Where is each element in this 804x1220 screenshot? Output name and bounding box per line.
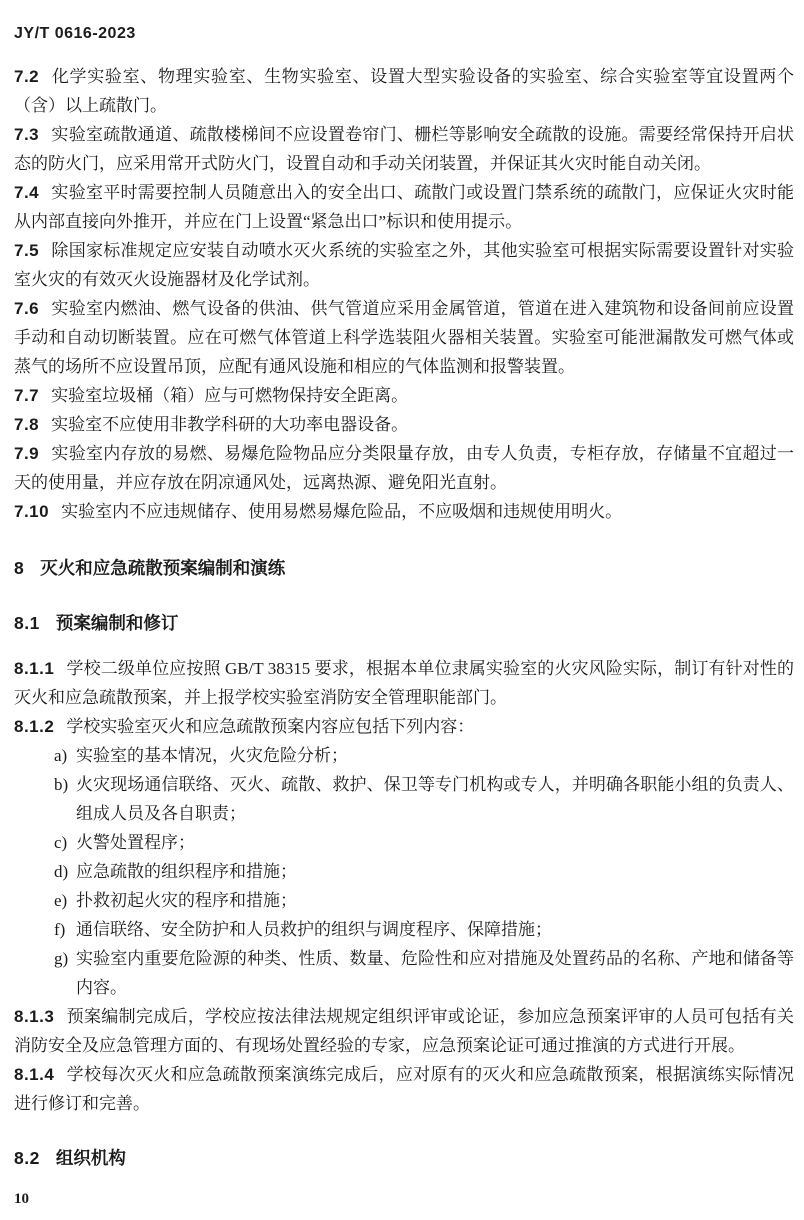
clause-text: 实验室不应使用非教学科研的大功率电器设备。 <box>51 415 408 434</box>
heading-text: 组织机构 <box>56 1148 126 1168</box>
list-item-g: g)实验室内重要危险源的种类、性质、数量、危险性和应对措施及处置药品的名称、产地… <box>14 944 794 1002</box>
heading-text: 灭火和应急疏散预案编制和演练 <box>40 558 285 578</box>
heading-number: 8 <box>14 558 24 578</box>
list-item-text: 火灾现场通信联络、灭火、疏散、救护、保卫等专门机构或专人，并明确各职能小组的负责… <box>76 775 794 823</box>
clause-text: 预案编制完成后，学校应按法律法规规定组织评审或论证，参加应急预案评审的人员可包括… <box>14 1007 794 1055</box>
clause-number: 7.3 <box>14 125 39 144</box>
clause-7.10: 7.10实验室内不应违规储存、使用易燃易爆危险品，不应吸烟和违规使用明火。 <box>14 497 794 526</box>
list-item-e: e)扑救初起火灾的程序和措施； <box>14 886 794 915</box>
clause-7.6: 7.6实验室内燃油、燃气设备的供油、供气管道应采用金属管道，管道在进入建筑物和设… <box>14 294 794 381</box>
clause-number: 7.4 <box>14 183 39 202</box>
clause-number: 8.1.1 <box>14 659 54 678</box>
list-item-marker: f) <box>54 915 65 944</box>
list-item-text: 应急疏散的组织程序和措施； <box>76 862 297 881</box>
list-item-marker: a) <box>54 741 67 770</box>
clause-number: 7.8 <box>14 415 39 434</box>
section-8.2: 8.2组织机构 <box>14 1144 794 1173</box>
list-item-b: b)火灾现场通信联络、灭火、疏散、救护、保卫等专门机构或专人，并明确各职能小组的… <box>14 770 794 828</box>
clause-number: 7.5 <box>14 241 39 260</box>
clause-7.2: 7.2化学实验室、物理实验室、生物实验室、设置大型实验设备的实验室、综合实验室等… <box>14 62 794 120</box>
clause-7.9: 7.9实验室内存放的易燃、易爆危险物品应分类限量存放，由专人负责，专柜存放，存储… <box>14 439 794 497</box>
heading-text: 预案编制和修订 <box>56 613 179 633</box>
document-body: 7.2化学实验室、物理实验室、生物实验室、设置大型实验设备的实验室、综合实验室等… <box>14 62 794 1173</box>
heading-number: 8.1 <box>14 613 40 633</box>
clause-text: 学校实验室灭火和应急疏散预案内容应包括下列内容： <box>66 717 474 736</box>
clause-number: 7.9 <box>14 444 39 463</box>
list-item-text: 实验室的基本情况，火灾危险分析； <box>76 746 348 765</box>
clause-text: 实验室平时需要控制人员随意出入的安全出口、疏散门或设置门禁系统的疏散门，应保证火… <box>14 183 794 231</box>
clause-text: 实验室垃圾桶（箱）应与可燃物保持安全距离。 <box>51 386 408 405</box>
clause-8.1.2: 8.1.2学校实验室灭火和应急疏散预案内容应包括下列内容： <box>14 712 794 741</box>
clause-7.4: 7.4实验室平时需要控制人员随意出入的安全出口、疏散门或设置门禁系统的疏散门，应… <box>14 178 794 236</box>
standard-number-header: JY/T 0616-2023 <box>14 24 794 44</box>
clause-text: 实验室内存放的易燃、易爆危险物品应分类限量存放，由专人负责，专柜存放，存储量不宜… <box>14 444 794 492</box>
clause-8.1.4: 8.1.4学校每次灭火和应急疏散预案演练完成后，应对原有的灭火和应急疏散预案，根… <box>14 1060 794 1118</box>
clause-number: 7.6 <box>14 299 39 318</box>
clause-number: 7.10 <box>14 502 49 521</box>
list-item-d: d)应急疏散的组织程序和措施； <box>14 857 794 886</box>
document-page: JY/T 0616-2023 7.2化学实验室、物理实验室、生物实验室、设置大型… <box>0 0 804 1220</box>
list-item-text: 通信联络、安全防护和人员救护的组织与调度程序、保障措施； <box>76 920 552 939</box>
clause-number: 8.1.4 <box>14 1065 54 1084</box>
list-item-marker: b) <box>54 770 68 799</box>
clause-text: 除国家标准规定应安装自动喷水灭火系统的实验室之外，其他实验室可根据实际需要设置针… <box>14 241 794 289</box>
list-item-f: f)通信联络、安全防护和人员救护的组织与调度程序、保障措施； <box>14 915 794 944</box>
chapter-8: 8灭火和应急疏散预案编制和演练 <box>14 554 794 583</box>
clause-number: 7.2 <box>14 67 39 86</box>
list-item-marker: g) <box>54 944 68 973</box>
list-item-marker: c) <box>54 828 67 857</box>
clause-number: 8.1.3 <box>14 1007 54 1026</box>
clause-text: 学校每次灭火和应急疏散预案演练完成后，应对原有的灭火和应急疏散预案，根据演练实际… <box>14 1065 794 1113</box>
list-item-marker: e) <box>54 886 67 915</box>
clause-number: 8.1.2 <box>14 717 54 736</box>
clause-8.1.3: 8.1.3预案编制完成后，学校应按法律法规规定组织评审或论证，参加应急预案评审的… <box>14 1002 794 1060</box>
clause-7.7: 7.7实验室垃圾桶（箱）应与可燃物保持安全距离。 <box>14 381 794 410</box>
list-item-text: 实验室内重要危险源的种类、性质、数量、危险性和应对措施及处置药品的名称、产地和储… <box>76 949 794 997</box>
clause-text: 实验室疏散通道、疏散楼梯间不应设置卷帘门、栅栏等影响安全疏散的设施。需要经常保持… <box>14 125 794 173</box>
list-item-text: 火警处置程序； <box>76 833 195 852</box>
clause-text: 实验室内燃油、燃气设备的供油、供气管道应采用金属管道，管道在进入建筑物和设备间前… <box>14 299 794 376</box>
page-number: 10 <box>14 1191 29 1207</box>
clause-7.3: 7.3实验室疏散通道、疏散楼梯间不应设置卷帘门、栅栏等影响安全疏散的设施。需要经… <box>14 120 794 178</box>
heading-number: 8.2 <box>14 1148 40 1168</box>
list-item-text: 扑救初起火灾的程序和措施； <box>76 891 297 910</box>
clause-8.1.1: 8.1.1学校二级单位应按照 GB/T 38315 要求，根据本单位隶属实验室的… <box>14 654 794 712</box>
clause-7.8: 7.8实验室不应使用非教学科研的大功率电器设备。 <box>14 410 794 439</box>
clause-7.5: 7.5除国家标准规定应安装自动喷水灭火系统的实验室之外，其他实验室可根据实际需要… <box>14 236 794 294</box>
clause-text: 化学实验室、物理实验室、生物实验室、设置大型实验设备的实验室、综合实验室等宜设置… <box>14 67 794 115</box>
clause-number: 7.7 <box>14 386 39 405</box>
clause-text: 实验室内不应违规储存、使用易燃易爆危险品，不应吸烟和违规使用明火。 <box>61 502 622 521</box>
list-item-c: c)火警处置程序； <box>14 828 794 857</box>
clause-text: 学校二级单位应按照 GB/T 38315 要求，根据本单位隶属实验室的火灾风险实… <box>14 659 794 707</box>
list-item-a: a)实验室的基本情况，火灾危险分析； <box>14 741 794 770</box>
list-item-marker: d) <box>54 857 68 886</box>
section-8.1: 8.1预案编制和修订 <box>14 609 794 638</box>
